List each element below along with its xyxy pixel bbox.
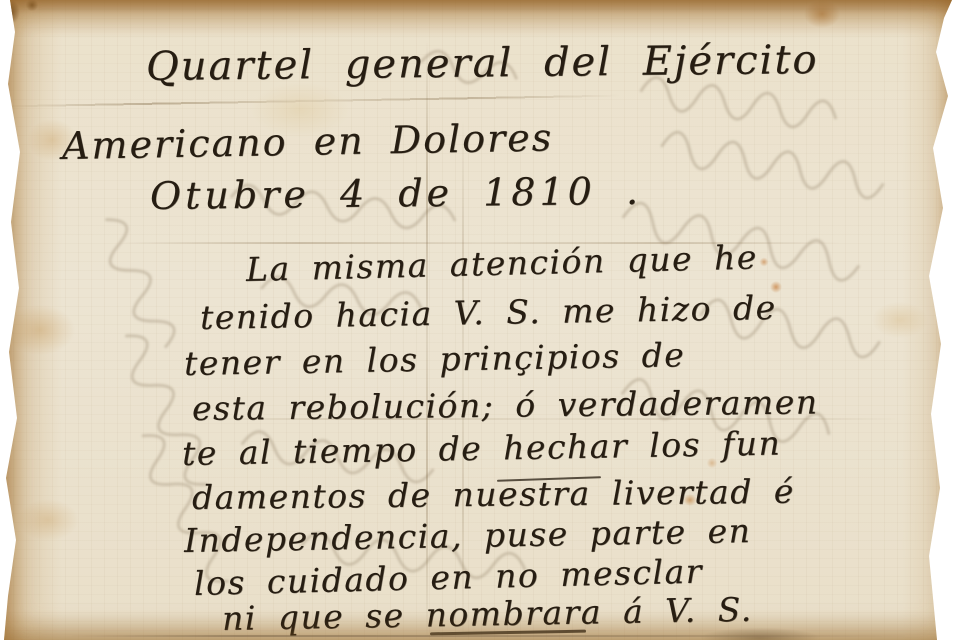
letter-paper: Quartel general del Ejército Americano e… [0,0,960,640]
paper-edge-shading [0,0,960,640]
manuscript-photo: Quartel general del Ejército Americano e… [0,0,960,640]
